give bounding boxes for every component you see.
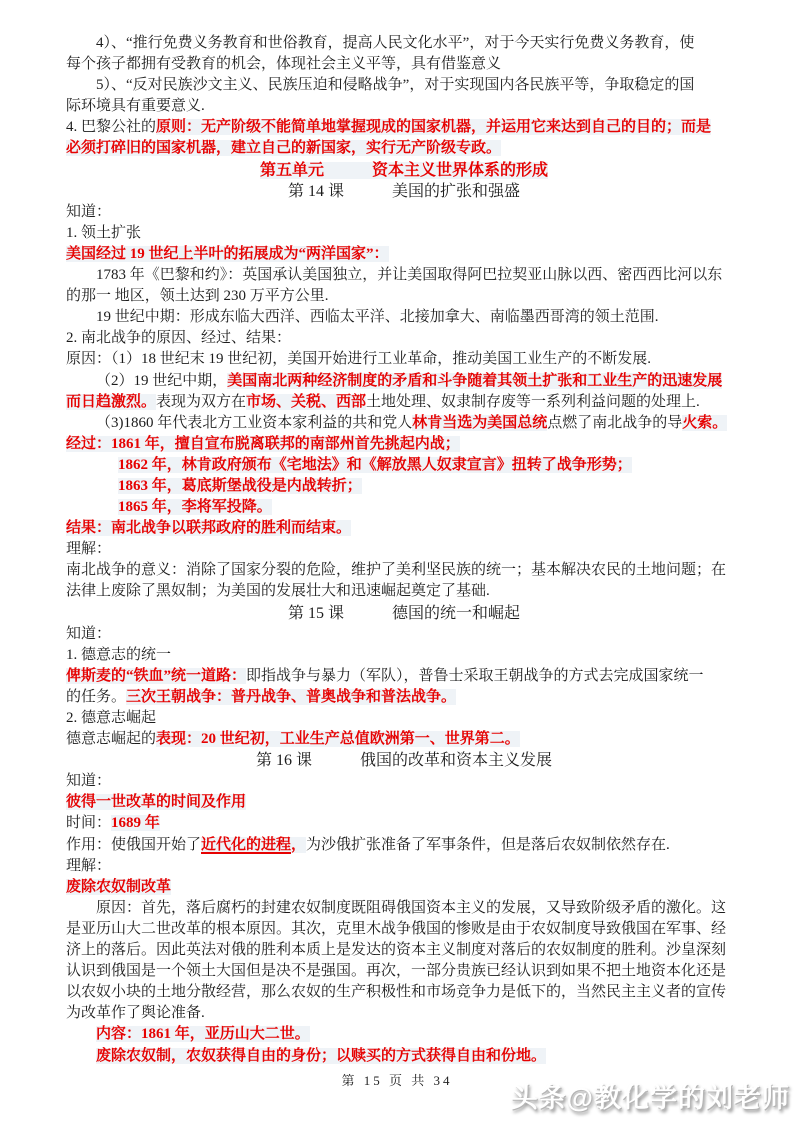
emphasis-text: 结果：南北战争以联邦政府的胜利而结束。 [66, 520, 351, 536]
emphasis-text: 市场、关税、西部 [246, 394, 366, 410]
emphasis-text: 俾斯麦的“铁血”统一道路： [66, 668, 246, 684]
emphasis-text: 而日趋激烈。 [66, 394, 156, 410]
text-line: 是亚历山大二世改革的根本原因。其次，克里木战争俄国的惨败是由于农奴制度导致俄国在… [66, 919, 742, 940]
body-text: 4）、“推行免费义务教育和世俗教育，提高人民文化水平”，对于今天实行免费义务教育… [96, 35, 694, 51]
body-text: 原因：（1）18 世纪末 19 世纪初，美国开始进行工业革命，推动美国工业生产的… [66, 351, 651, 367]
text-line: 德意志崛起的表现：20 世纪初，工业生产总值欧洲第一、世界第二。 [66, 729, 742, 750]
body-text: （3)1860 年代表北方工业资本家利益的共和党人 [96, 415, 412, 431]
heading-line: 第 16 课 俄国的改革和资本主义发展 [66, 750, 742, 771]
text-line: 2. 南北战争的原因、经过、结果： [66, 328, 742, 349]
text-line: 1. 领土扩张 [66, 223, 742, 244]
body-text: 4. 巴黎公社的 [66, 119, 156, 135]
text-line: 知道： [66, 202, 742, 223]
text-line: 1863 年，葛底斯堡战役是内战转折； [66, 476, 742, 497]
body-text: 是亚历山大二世改革的根本原因。其次，克里木战争俄国的惨败是由于农奴制度导致俄国在… [66, 921, 726, 937]
emphasis-text: 废除农奴制，农奴获得自由的身份；以赎买的方式获得自由和份地。 [96, 1048, 546, 1064]
body-text: 土地处理、奴隶制存废等一系列利益问题的处理上. [366, 394, 700, 410]
text-line: 废除农奴制，农奴获得自由的身份；以赎买的方式获得自由和份地。 [66, 1046, 742, 1067]
text-line: 南北战争的意义：消除了国家分裂的危险，维护了美利坚民族的统一；基本解决农民的土地… [66, 560, 742, 581]
text-line: 经过：1861 年，擅自宣布脱离联邦的南部州首先挑起内战； [66, 434, 742, 455]
body-text: 知道： [66, 626, 111, 642]
text-line: 5）、“反对民族沙文主义、民族压迫和侵略战争”，对于实现国内各民族平等，争取稳定… [66, 75, 742, 96]
text-line: 1862 年，林肯政府颁布《宅地法》和《解放黑人奴隶宣言》扭转了战争形势； [66, 455, 742, 476]
heading-line: 第 15 课 德国的统一和崛起 [66, 603, 742, 624]
body-text: 2. 南北战争的原因、经过、结果： [66, 330, 291, 346]
text-line: 1783 年《巴黎和约》：英国承认美国独立，并让美国取得阿巴拉契亚山脉以西、密西… [66, 265, 742, 286]
body-text: 表现为双方在 [156, 394, 246, 410]
body-text: 知道： [66, 773, 111, 789]
body-text: 德意志崛起的 [66, 731, 156, 747]
emphasis-text: 火索。 [682, 415, 727, 431]
emphasis-text: 三次王朝战争：普丹战争、普奥战争和普法战争。 [126, 689, 456, 705]
body-text: 第 16 课 俄国的改革和资本主义发展 [256, 752, 552, 769]
emphasis-text: ， [291, 837, 306, 853]
text-line: 际环境具有重要意义. [66, 96, 742, 117]
text-line: 以农奴小块的土地分散经营，那么农奴的生产积极性和市场竞争力是低下的，当然民主主义… [66, 982, 742, 1003]
document-body: 4）、“推行免费义务教育和世俗教育，提高人民文化水平”，对于今天实行免费义务教育… [66, 33, 742, 1067]
body-text: 点燃了南北战争的导 [547, 415, 682, 431]
emphasis-text: 1862 年，林肯政府颁布《宅地法》和《解放黑人奴隶宣言》扭转了战争形势； [118, 457, 632, 473]
text-line: 必须打碎旧的国家机器，建立自己的新国家，实行无产阶级专政。 [66, 138, 742, 159]
text-line: 而日趋激烈。表现为双方在市场、关税、西部土地处理、奴隶制存废等一系列利益问题的处… [66, 392, 742, 413]
text-line: （3)1860 年代表北方工业资本家利益的共和党人林肯当选为美国总统点燃了南北战… [66, 413, 742, 434]
body-text: （2）19 世纪中期， [96, 373, 227, 389]
document-page: 4）、“推行免费义务教育和世俗教育，提高人民文化水平”，对于今天实行免费义务教育… [0, 0, 794, 1123]
body-text: 原因：首先，落后腐朽的封建农奴制度既阻碍俄国资本主义的发展，又导致阶级矛盾的激化… [96, 900, 726, 916]
emphasis-text: 1863 年，葛底斯堡战役是内战转折； [118, 478, 362, 494]
emphasis-text: 必须打碎旧的国家机器，建立自己的新国家，实行无产阶级专政。 [66, 140, 501, 156]
text-line: 俾斯麦的“铁血”统一道路：即指战争与暴力（军队），普鲁士采取王朝战争的方式去完成… [66, 666, 742, 687]
body-text: 作用：使俄国开始了 [66, 837, 201, 853]
body-text: 为改革作了舆论准备. [66, 1005, 205, 1021]
toutiao-watermark: 头条@教化学的刘老师 [511, 1076, 790, 1115]
emphasis-text: 内容：1861 年，亚历山大二世。 [96, 1026, 310, 1042]
body-text: 即指战争与暴力（军队），普鲁士采取王朝战争的方式去完成国家统一 [246, 668, 704, 684]
body-text: 为沙俄扩张准备了军事条件，但是落后农奴制依然存在. [306, 837, 670, 853]
body-text: 的任务。 [66, 689, 126, 705]
text-line: 理解： [66, 539, 742, 560]
text-line: 废除农奴制改革 [66, 877, 742, 898]
text-line: 彼得一世改革的时间及作用 [66, 792, 742, 813]
body-text: 第 14 课 美国的扩张和强盛 [288, 183, 520, 200]
emphasis-text: 废除农奴制改革 [66, 879, 171, 895]
heading-line: 第 14 课 美国的扩张和强盛 [66, 181, 742, 202]
body-text: 时间： [66, 815, 111, 831]
body-text: 理解： [66, 541, 111, 557]
emphasis-text: 美国经过 19 世纪上半叶的拓展成为“两洋国家”： [66, 246, 389, 262]
text-line: 知道： [66, 624, 742, 645]
text-line: 4. 巴黎公社的原则：无产阶级不能简单地掌握现成的国家机器，并运用它来达到自己的… [66, 117, 742, 138]
text-line: 每个孩子都拥有受教育的机会，体现社会主义平等，具有借鉴意义 [66, 54, 742, 75]
page-number: 第 15 页 共 34 [341, 1073, 452, 1088]
body-text: 5）、“反对民族沙文主义、民族压迫和侵略战争”，对于实现国内各民族平等，争取稳定… [96, 77, 694, 93]
text-line: 19 世纪中期：形成东临大西洋、西临太平洋、北接加拿大、南临墨西哥湾的领土范围. [66, 307, 742, 328]
text-line: 美国经过 19 世纪上半叶的拓展成为“两洋国家”： [66, 244, 742, 265]
text-line: 内容：1861 年，亚历山大二世。 [66, 1024, 742, 1045]
text-line: 4）、“推行免费义务教育和世俗教育，提高人民文化水平”，对于今天实行免费义务教育… [66, 33, 742, 54]
emphasis-text: 彼得一世改革的时间及作用 [66, 794, 246, 810]
text-line: 法律上废除了黑奴制；为美国的发展壮大和迅速崛起奠定了基础. [66, 581, 742, 602]
text-line: （2）19 世纪中期，美国南北两种经济制度的矛盾和斗争随着其领土扩张和工业生产的… [66, 371, 742, 392]
body-text: 的那一 地区，领土达到 230 万平方公里. [66, 288, 329, 304]
body-text: 每个孩子都拥有受教育的机会，体现社会主义平等，具有借鉴意义 [66, 56, 501, 72]
body-text: 认识到俄国是一个领土大国但是决不是强国。再次，一部分贵族已经认识到如果不把土地资… [66, 963, 726, 979]
text-line: 原因：（1）18 世纪末 19 世纪初，美国开始进行工业革命，推动美国工业生产的… [66, 349, 742, 370]
emphasis-text: 1865 年，李将军投降。 [118, 499, 272, 515]
text-line: 为改革作了舆论准备. [66, 1003, 742, 1024]
text-line: 作用：使俄国开始了近代化的进程，为沙俄扩张准备了军事条件，但是落后农奴制依然存在… [66, 835, 742, 856]
text-line: 2. 德意志崛起 [66, 708, 742, 729]
emphasis-text: 美国南北两种经济制度的矛盾和斗争随着其领土扩张和工业生产的迅速发展 [227, 373, 722, 389]
body-text: 知道： [66, 204, 111, 220]
text-line: 认识到俄国是一个领土大国但是决不是强国。再次，一部分贵族已经认识到如果不把土地资… [66, 961, 742, 982]
body-text: 法律上废除了黑奴制；为美国的发展壮大和迅速崛起奠定了基础. [66, 583, 490, 599]
body-text: 1. 德意志的统一 [66, 647, 171, 663]
body-text: 第 15 课 德国的统一和崛起 [288, 605, 520, 622]
emphasis-text: 原则：无产阶级不能简单地掌握现成的国家机器，并运用它来达到自己的目的；而是 [156, 119, 711, 135]
emphasis-text: 表现：20 世纪初，工业生产总值欧洲第一、世界第二。 [156, 731, 520, 747]
text-line: 原因：首先，落后腐朽的封建农奴制度既阻碍俄国资本主义的发展，又导致阶级矛盾的激化… [66, 898, 742, 919]
body-text: 理解： [66, 858, 111, 874]
body-text: 际环境具有重要意义. [66, 98, 205, 114]
emphasis-text: 经过：1861 年，擅自宣布脱离联邦的南部州首先挑起内战； [66, 436, 460, 452]
text-line: 1865 年，李将军投降。 [66, 497, 742, 518]
body-text: 济上的落后。因此英法对俄的胜利本质上是发达的资本主义制度对落后的农奴制度的胜利。… [66, 942, 726, 958]
body-text: 2. 德意志崛起 [66, 710, 156, 726]
emphasis-text: 近代化的进程 [201, 837, 291, 853]
text-line: 的那一 地区，领土达到 230 万平方公里. [66, 286, 742, 307]
emphasis-text: 1689 年 [111, 815, 160, 831]
body-text: 以农奴小块的土地分散经营，那么农奴的生产积极性和市场竞争力是低下的，当然民主主义… [66, 984, 726, 1000]
text-line: 时间：1689 年 [66, 813, 742, 834]
heading-line: 第五单元 资本主义世界体系的形成 [66, 160, 742, 181]
body-text: 1783 年《巴黎和约》：英国承认美国独立，并让美国取得阿巴拉契亚山脉以西、密西… [96, 267, 722, 283]
text-line: 的任务。三次王朝战争：普丹战争、普奥战争和普法战争。 [66, 687, 742, 708]
text-line: 济上的落后。因此英法对俄的胜利本质上是发达的资本主义制度对落后的农奴制度的胜利。… [66, 940, 742, 961]
text-line: 1. 德意志的统一 [66, 645, 742, 666]
emphasis-text: 林肯当选为美国总统 [412, 415, 547, 431]
emphasis-text: 第五单元 资本主义世界体系的形成 [260, 162, 548, 179]
body-text: 南北战争的意义：消除了国家分裂的危险，维护了美利坚民族的统一；基本解决农民的土地… [66, 562, 726, 578]
body-text: 19 世纪中期：形成东临大西洋、西临太平洋、北接加拿大、南临墨西哥湾的领土范围. [96, 309, 659, 325]
text-line: 结果：南北战争以联邦政府的胜利而结束。 [66, 518, 742, 539]
text-line: 知道： [66, 771, 742, 792]
text-line: 理解： [66, 856, 742, 877]
body-text: 1. 领土扩张 [66, 225, 141, 241]
